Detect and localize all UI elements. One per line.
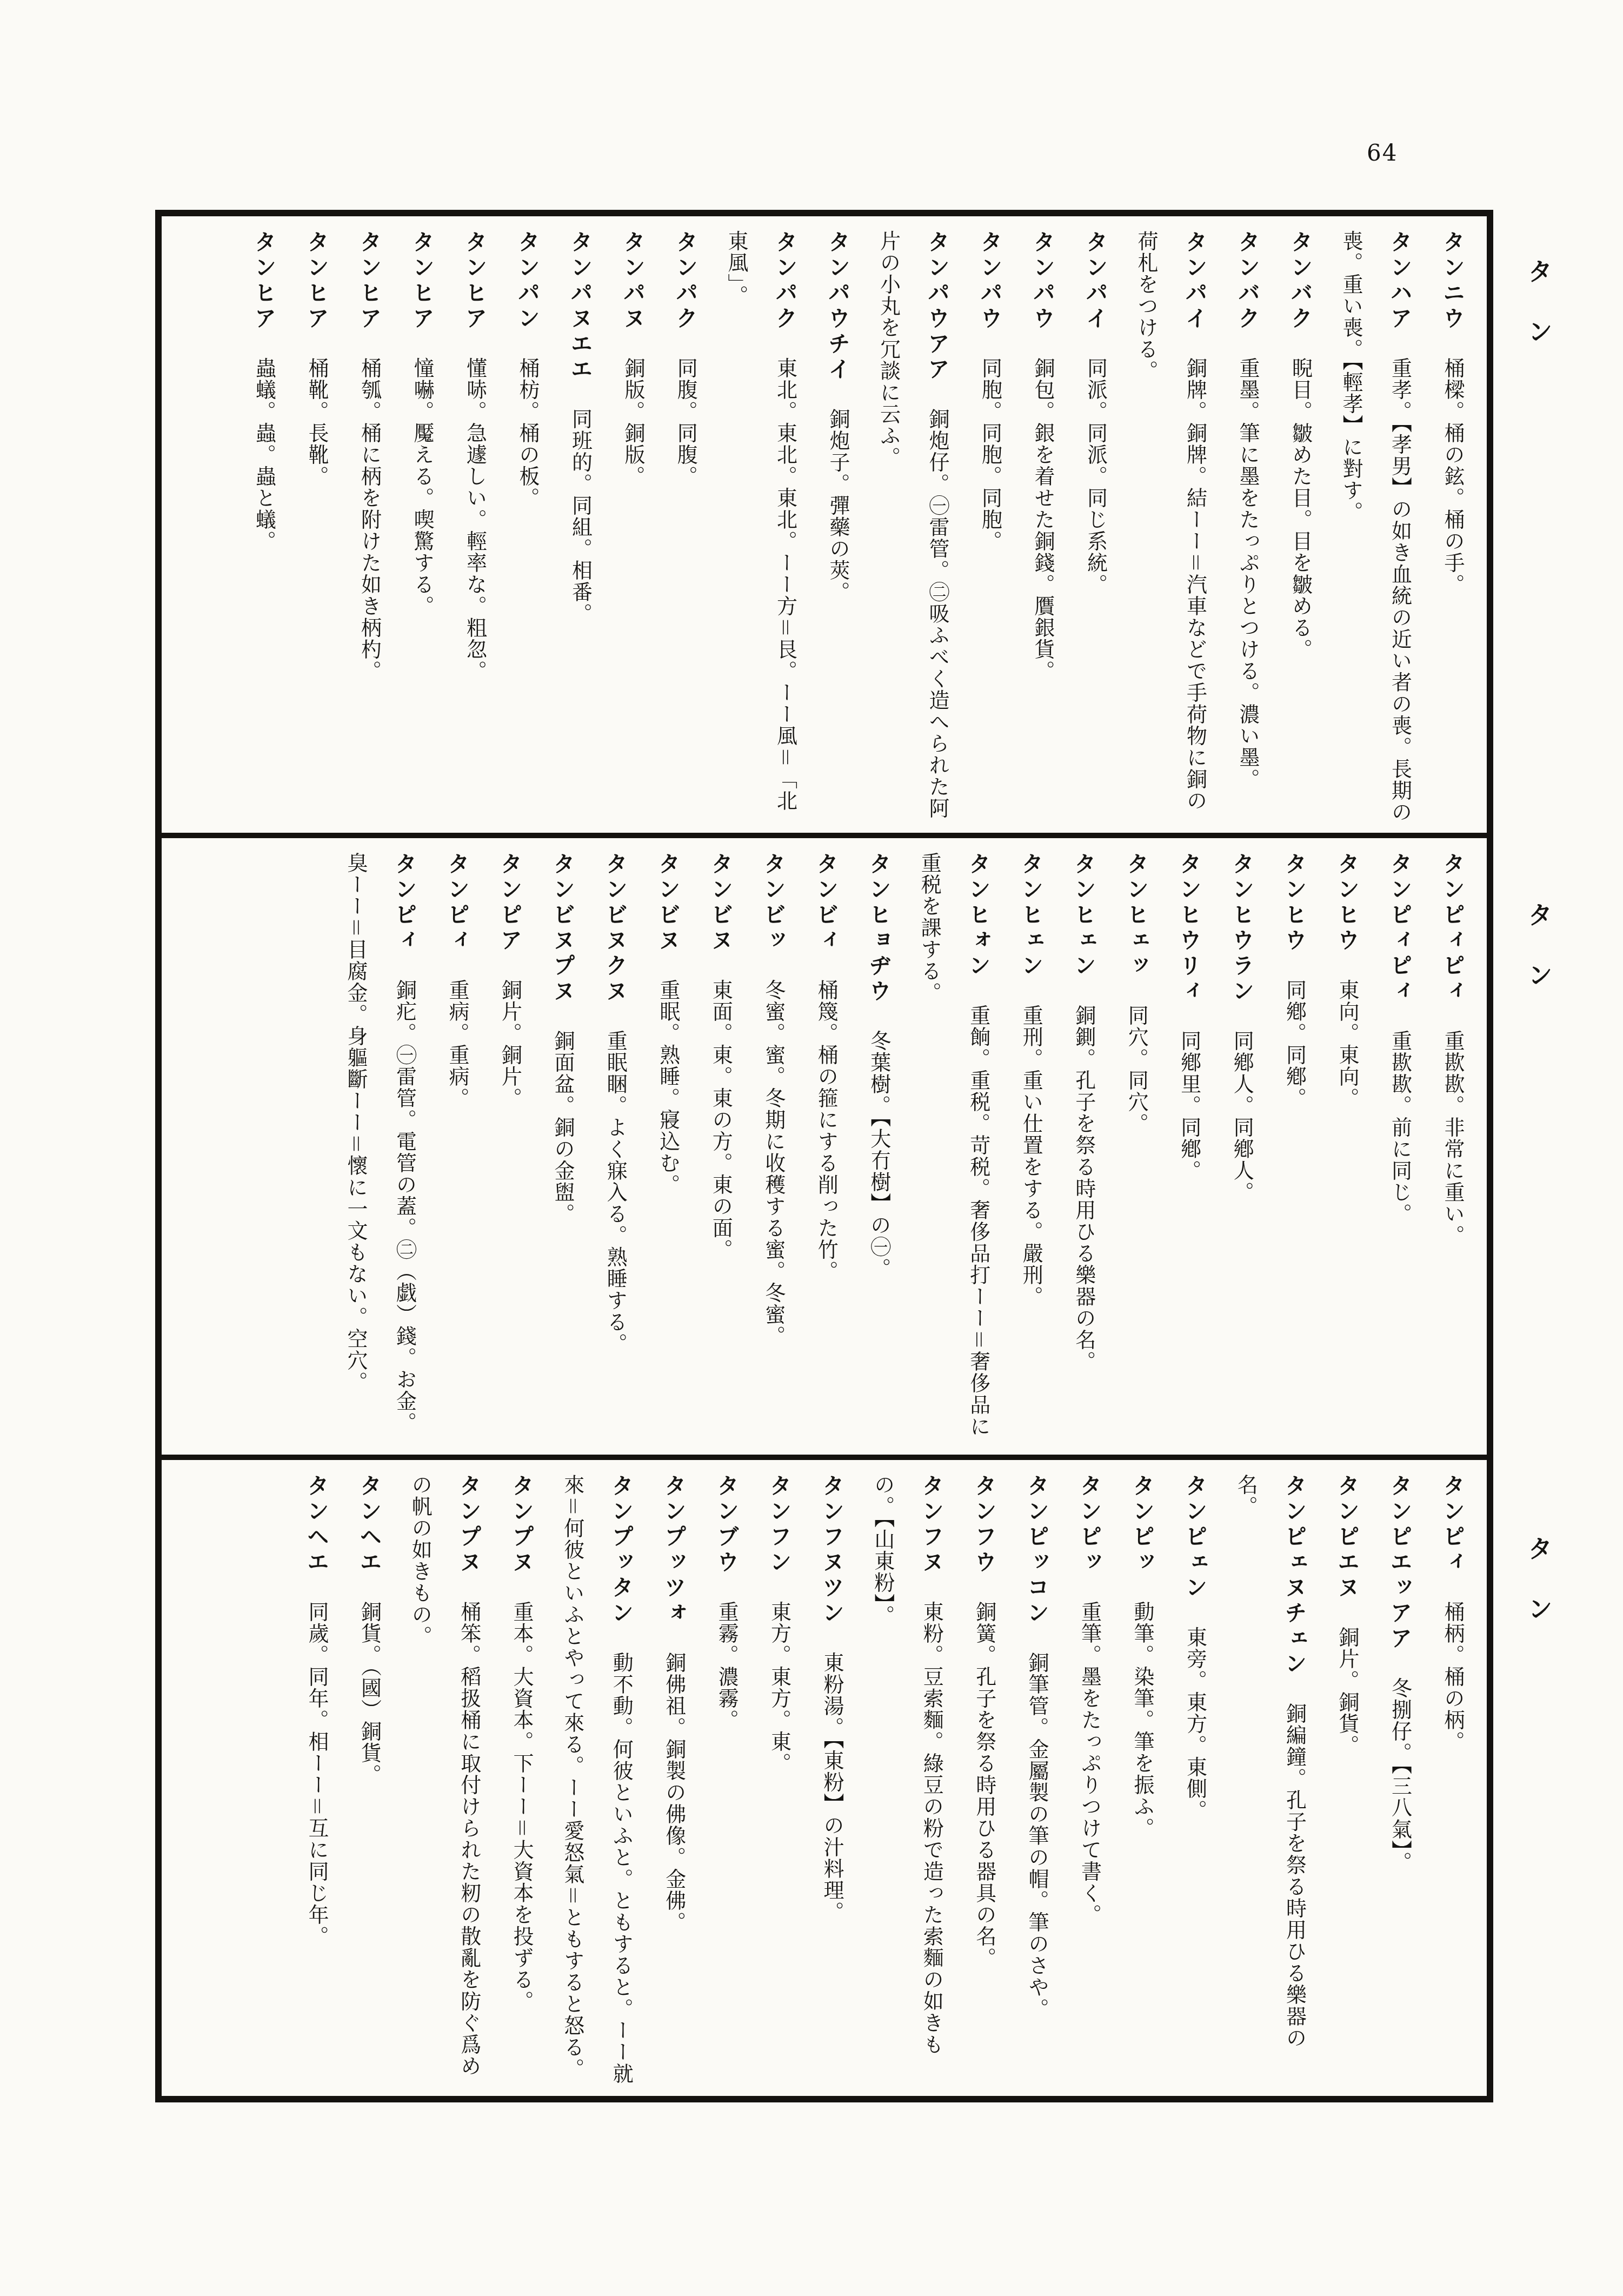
entry-headword: タンヒョヂウ [866,852,891,1030]
entry-headword: タンプッツォ [661,1474,686,1652]
dictionary-entry: タンヘエ同歲。同年。相ーー＝互に同じ年。 [291,1474,341,2088]
dictionary-entry: タンビヌ重眠。熟睡。寢込む。 [642,852,692,1447]
dictionary-entry: タンプッタン動不動。何彼といふと。ともすると。ーー就來＝何彼といふとやって來る。… [548,1474,646,2088]
dictionary-entry: タンパヌエエ同班的。同組。相番。 [554,230,604,825]
dictionary-entry: タンヒェン銅鍘。孔子を祭る時用ひる樂器の名。 [1057,852,1108,1447]
dictionary-entry: タンヒア蟲蟻。蟲。蟲と蟻。 [238,230,288,825]
entry-headword: タンピッ [1077,1474,1102,1601]
margin-kana-label: タン [1520,258,1556,378]
entry-headword: タンヘエ [357,1474,382,1601]
entry-headword: タンパウアア [924,230,949,408]
entry-definition: 冬捌仔。【三八氣】。 [1388,1677,1411,1873]
entry-headword: タンビヌクヌ [602,852,627,1030]
dictionary-entry: タンピィピィ重歁歁。非常に重い。 [1427,852,1477,1447]
entry-headword: タンヘエ [304,1474,329,1601]
entry-definition: 蟲蟻。蟲。蟲と蟻。 [252,357,275,552]
entry-definition: 桶靴。長靴。 [305,357,328,487]
entry-definition: 銅版。銅版。 [621,357,644,487]
dictionary-entry: タンニウ桶樑。桶の鉉。桶の手。 [1427,230,1477,825]
entry-headword: タンピェヌチェン [1282,1474,1307,1703]
entry-band-middle: タンピィピィ重歁歁。非常に重い。 タンピィピィ重歁歁。前に同じ。 タンヒウ東向。… [162,838,1487,1460]
entry-headword: タンヒウリィ [1176,852,1201,1030]
entry-definition: 冬葉樹。【大冇樹】の㊀。 [867,1030,890,1279]
entry-definition: 同鄕人。同鄕人。 [1230,1030,1253,1203]
entry-definition: 銅貨。（國）銅貨。 [358,1601,381,1786]
dictionary-entry: タンヒウリィ同鄕里。同鄕。 [1163,852,1213,1447]
entry-definition: 銅佛祖。銅製の佛像。金佛。 [662,1652,685,1933]
entry-headword: タンヒア [251,230,276,357]
dictionary-entry: タンフン東方。東方。東。 [753,1474,803,2088]
entry-band-bottom: タンピィ桶柄。桶の柄。 タンピエッアア冬捌仔。【三八氣】。 タンピエヌ銅片。銅貨… [162,1460,1487,2096]
margin-kana-label: タン [1520,902,1556,1021]
entry-headword: タンピィ [391,852,416,979]
dictionary-entry: タンビヌクヌ重眠睏。よく寐入る。熟睡する。 [589,852,640,1447]
entry-definition: 重病。重病。 [445,979,468,1109]
entry-definition: 同腹。同腹。 [674,357,696,487]
dictionary-entry: タンピッ動筆。染筆。筆を振ふ。 [1116,1474,1167,2088]
dictionary-entry: タンピッコン銅筆管。金屬製の筆の帽。筆のさや。 [1011,1474,1061,2088]
entry-definition: 東旁。東方。東側。 [1183,1627,1206,1821]
entry-definition: 動筆。染筆。筆を振ふ。 [1130,1601,1153,1839]
dictionary-entry: タンフヌ東粉。豆索麵。綠豆の粉で造った索麵の如きもの。【山東粉】。 [859,1474,956,2088]
entry-headword: タンバク [1235,230,1260,357]
entry-definition: 同鄕。同鄕。 [1283,979,1306,1109]
entry-headword: タンパウ [977,230,1002,357]
entry-headword: タンヒア [304,230,329,357]
entry-definition: 冬蜜。蜜。冬期に收穫する蜜。冬蜜。 [762,979,784,1347]
page-border-frame: タンニウ桶樑。桶の鉉。桶の手。 タンハア重孝。【孝男】の如き血統の近い者の喪。長… [155,210,1493,2102]
entry-definition: 重本。大資本。下ーー＝大資本を投ずる。 [510,1601,533,2012]
dictionary-entry: タンビヌプヌ銅面盆。銅の金盥。 [536,852,587,1447]
dictionary-entry: タンパン桶枋。桶の板。 [501,230,551,825]
entry-definition: 東面。東。東の方。東の面。 [709,979,731,1260]
entry-definition: 重霧。濃霧。 [715,1601,737,1731]
entry-definition: 銅包。銀を着せた銅錢。贋銀貨。 [1031,357,1054,682]
entry-headword: タンフヌツン [819,1474,844,1652]
entry-headword: タンヒェン [1018,852,1043,1005]
dictionary-entry: タンピッ重筆。墨をたっぷりつけて書く。 [1063,1474,1114,2088]
entry-definition: 憧嚇。魘える。喫驚する。 [410,357,433,617]
entry-definition: 重眠睏。よく寐入る。熟睡する。 [603,1030,626,1355]
dictionary-entry: タンヒウラン同鄕人。同鄕人。 [1216,852,1266,1447]
entry-headword: タンハア [1387,230,1412,357]
entry-headword: タンパウチイ [825,230,850,408]
entry-headword: タンヒア [462,230,487,357]
entry-headword: タンピッ [1129,1474,1154,1601]
dictionary-entry: タンパク東北。東北。東北。ーー方＝艮。ーー風＝「北東風」。 [712,230,809,825]
dictionary-entry: タンパウ銅包。銀を着せた銅錢。贋銀貨。 [1016,230,1067,825]
dictionary-entry: タンピア銅片。銅片。 [484,852,534,1447]
dictionary-entry: タンパヌ銅版。銅版。 [607,230,657,825]
dictionary-entry: タンプヌ重本。大資本。下ーー＝大資本を投ずる。 [496,1474,546,2088]
entry-definition: 桶柄。桶の柄。 [1441,1601,1464,1753]
entry-headword: タンヒェン [1071,852,1096,1005]
entry-definition: 桶枋。桶の板。 [516,357,538,509]
entry-headword: タンピィ [444,852,469,979]
dictionary-entry: タンビヌ東面。東。東の方。東の面。 [695,852,745,1447]
entry-definition: 同胞。同胞。同胞。 [978,357,1001,552]
dictionary-entry: タンハア重孝。【孝男】の如き血統の近い者の喪。長期の喪。重い喪。【輕孝】に對す。 [1327,230,1424,825]
dictionary-entry: タンヒア憧嚇。魘える。喫驚する。 [396,230,447,825]
entry-definition: 重刑。重い仕置をする。嚴刑。 [1019,1005,1042,1308]
entry-headword: タンヒア [409,230,434,357]
entry-headword: タンビッ [761,852,786,979]
entry-definition: 重歁歁。前に同じ。 [1388,1030,1411,1225]
dictionary-entry: タンヒア懂哧。急遽しい。輕率な。粗忽。 [449,230,499,825]
entry-definition: 桶瓠。桶に柄を附けた如き柄杓。 [358,357,381,682]
dictionary-entry: タンビィ桶篾。桶の箍にする削った竹。 [800,852,850,1447]
entry-headword: タンパン [515,230,540,357]
dictionary-entry: タンピィピィ重歁歁。前に同じ。 [1374,852,1424,1447]
entry-definition: 同班的。同組。相番。 [568,408,591,625]
dictionary-entry: タンブウ重霧。濃霧。 [701,1474,751,2088]
dictionary-entry: タンヒェッ同穴。同穴。 [1110,852,1161,1447]
dictionary-entry: タンピィ銅疕。㊀雷管。電管の蓋。㊁（戯）錢。お金。臭ーー＝目腐金。身軀斷ーー＝懷… [331,852,429,1447]
dictionary-entry: タンパウ同胞。同胞。同胞。 [964,230,1014,825]
entry-definition: 重眠。熟睡。寢込む。 [656,979,679,1196]
entry-definition: 銅炮子。彈藥の莢。 [826,408,849,603]
entry-headword: タンヒウ [1334,852,1359,979]
dictionary-entry: タンプッツォ銅佛祖。銅製の佛像。金佛。 [648,1474,698,2088]
entry-headword: タンプヌ [509,1474,534,1601]
entry-headword: タンビヌプヌ [550,852,575,1030]
dictionary-entry: タンピエヌ銅片。銅貨。 [1321,1474,1372,2088]
dictionary-entry: タンパウアア銅炮仔。㊀雷管。㊁吸ふべく造へられた阿片の小丸を冗談に云ふ。 [864,230,962,825]
entry-headword: タンビヌ [708,852,733,979]
entry-definition: 同歲。同年。相ーー＝互に同じ年。 [305,1601,328,1947]
entry-definition: 桶篾。桶の箍にする削った竹。 [814,979,837,1282]
entry-headword: タンピエヌ [1334,1474,1359,1627]
entry-definition: 銅簧。孔子を祭る時用ひる器具の名。 [973,1601,995,1969]
dictionary-entry: タンピィ桶柄。桶の柄。 [1427,1474,1477,2088]
page-number: 64 [1367,140,1398,166]
entry-definition: 東方。東方。東。 [768,1601,790,1774]
entry-headword: タンプッタン [608,1474,633,1652]
entry-definition: 重墨。筆に墨をたっぷりとつける。濃い墨。 [1236,357,1259,790]
dictionary-entry: タンフヌツン東粉湯。【東粉】の汁料理。 [806,1474,856,2088]
entry-headword: タンヒア [357,230,382,357]
entry-definition: 銅片。銅貨。 [1335,1627,1358,1756]
dictionary-entry: タンバク睨目。皺めた目。目を皺める。 [1274,230,1325,825]
entry-definition: 懂哧。急遽しい。輕率な。粗忽。 [463,357,485,682]
entry-headword: タンフン [767,1474,791,1601]
entry-headword: タンブウ [714,1474,739,1601]
entry-definition: 同鄕里。同鄕。 [1178,1030,1200,1182]
entry-headword: タンパク [772,230,797,357]
entry-headword: タンピッコン [1024,1474,1049,1652]
entry-headword: タンヒウ [1282,852,1307,979]
entry-headword: タンピェン [1182,1474,1207,1627]
entry-definition: 同穴。同穴。 [1125,1005,1147,1134]
dictionary-entry: タンヒョヂウ冬葉樹。【大冇樹】の㊀。 [853,852,903,1447]
entry-headword: タンフウ [972,1474,996,1601]
dictionary-entry: タンビッ冬蜜。蜜。冬期に收穫する蜜。冬蜜。 [747,852,797,1447]
dictionary-entry: タンヒア桶瓠。桶に柄を附けた如き柄杓。 [343,230,394,825]
dictionary-entry: タンパイ銅牌。銅牌。結ーー＝汽車などで手荷物に銅の荷札をつける。 [1122,230,1219,825]
entry-headword: タンビヌ [655,852,680,979]
entry-definition: 銅鍘。孔子を祭る時用ひる樂器の名。 [1072,1005,1095,1372]
dictionary-entry: タンヒォン重餉。重税。苛税。奢侈品打ーー＝奢侈品に重税を課する。 [906,852,1003,1447]
entry-headword: タンパイ [1182,230,1207,357]
entry-definition: 同派。同派。同じ系統。 [1083,357,1106,595]
entry-headword: タンヒォン [966,852,990,1005]
dictionary-entry: タンピェン東旁。東方。東側。 [1169,1474,1219,2088]
entry-headword: タンパク [673,230,697,357]
entry-headword: タンパヌエエ [567,230,592,408]
entry-headword: タンヒウラン [1229,852,1254,1030]
entry-definition: 東向。東向。 [1335,979,1358,1109]
entry-headword: タンプヌ [456,1474,481,1601]
dictionary-entry: タンプヌ桶笨。稻扱桶に取付けられた籾の散亂を防ぐ爲めの帆の如きもの。 [396,1474,494,2088]
dictionary-entry: タンピィ重病。重病。 [431,852,481,1447]
dictionary-entry: タンヒウ同鄕。同鄕。 [1268,852,1319,1447]
dictionary-entry: タンパウチイ銅炮子。彈藥の莢。 [811,230,862,825]
entry-headword: タンフヌ [919,1474,943,1601]
dictionary-entry: タンバク重墨。筆に墨をたっぷりとつける。濃い墨。 [1222,230,1272,825]
entry-headword: タンニウ [1440,230,1465,357]
entry-headword: タンヒェッ [1123,852,1148,1005]
entry-headword: タンピア [497,852,522,979]
entry-band-top: タンニウ桶樑。桶の鉉。桶の手。 タンハア重孝。【孝男】の如き血統の近い者の喪。長… [162,216,1487,838]
entry-headword: タンピィ [1440,1474,1465,1601]
margin-kana-label: タン [1520,1536,1556,1655]
entry-definition: 睨目。皺めた目。目を皺める。 [1288,357,1311,660]
dictionary-entry: タンパイ同派。同派。同じ系統。 [1069,230,1120,825]
dictionary-entry: タンフウ銅簧。孔子を祭る時用ひる器具の名。 [958,1474,1008,2088]
entry-headword: タンビィ [813,852,838,979]
entry-headword: タンバク [1287,230,1312,357]
entry-definition: 桶樑。桶の鉉。桶の手。 [1441,357,1464,595]
entry-definition: 銅筆管。金屬製の筆の帽。筆のさや。 [1025,1652,1048,2020]
entry-headword: タンピエッアア [1387,1474,1412,1677]
dictionary-entry: タンヒア桶靴。長靴。 [291,230,341,825]
entry-definition: 東粉湯。【東粉】の汁料理。 [820,1652,843,1923]
entry-headword: タンピィピィ [1387,852,1412,1030]
entry-headword: タンピィピィ [1440,852,1465,1030]
dictionary-entry: タンパク同腹。同腹。 [660,230,710,825]
dictionary-entry: タンヘエ銅貨。（國）銅貨。 [343,1474,394,2088]
dictionary-entry: タンピェヌチェン銅編鐘。孔子を祭る時用ひる樂器の名。 [1222,1474,1319,2088]
dictionary-entry: タンヒウ東向。東向。 [1321,852,1372,1447]
entry-headword: タンパヌ [620,230,645,357]
dictionary-entry: タンピエッアア冬捌仔。【三八氣】。 [1374,1474,1424,2088]
entry-definition: 銅面盆。銅の金盥。 [551,1030,574,1225]
dictionary-scan-page: 64 タン タン タン タンニウ桶樑。桶の鉉。桶の手。 タンハア重孝。【孝男】の… [0,0,1623,2296]
entry-definition: 銅片。銅片。 [498,979,521,1109]
entry-headword: タンパイ [1082,230,1107,357]
entry-definition: 重筆。墨をたっぷりつけて書く。 [1078,1601,1101,1926]
entry-headword: タンパウ [1030,230,1055,357]
entry-definition: 重歁歁。非常に重い。 [1441,1030,1464,1246]
dictionary-entry: タンヒェン重刑。重い仕置をする。嚴刑。 [1005,852,1055,1447]
